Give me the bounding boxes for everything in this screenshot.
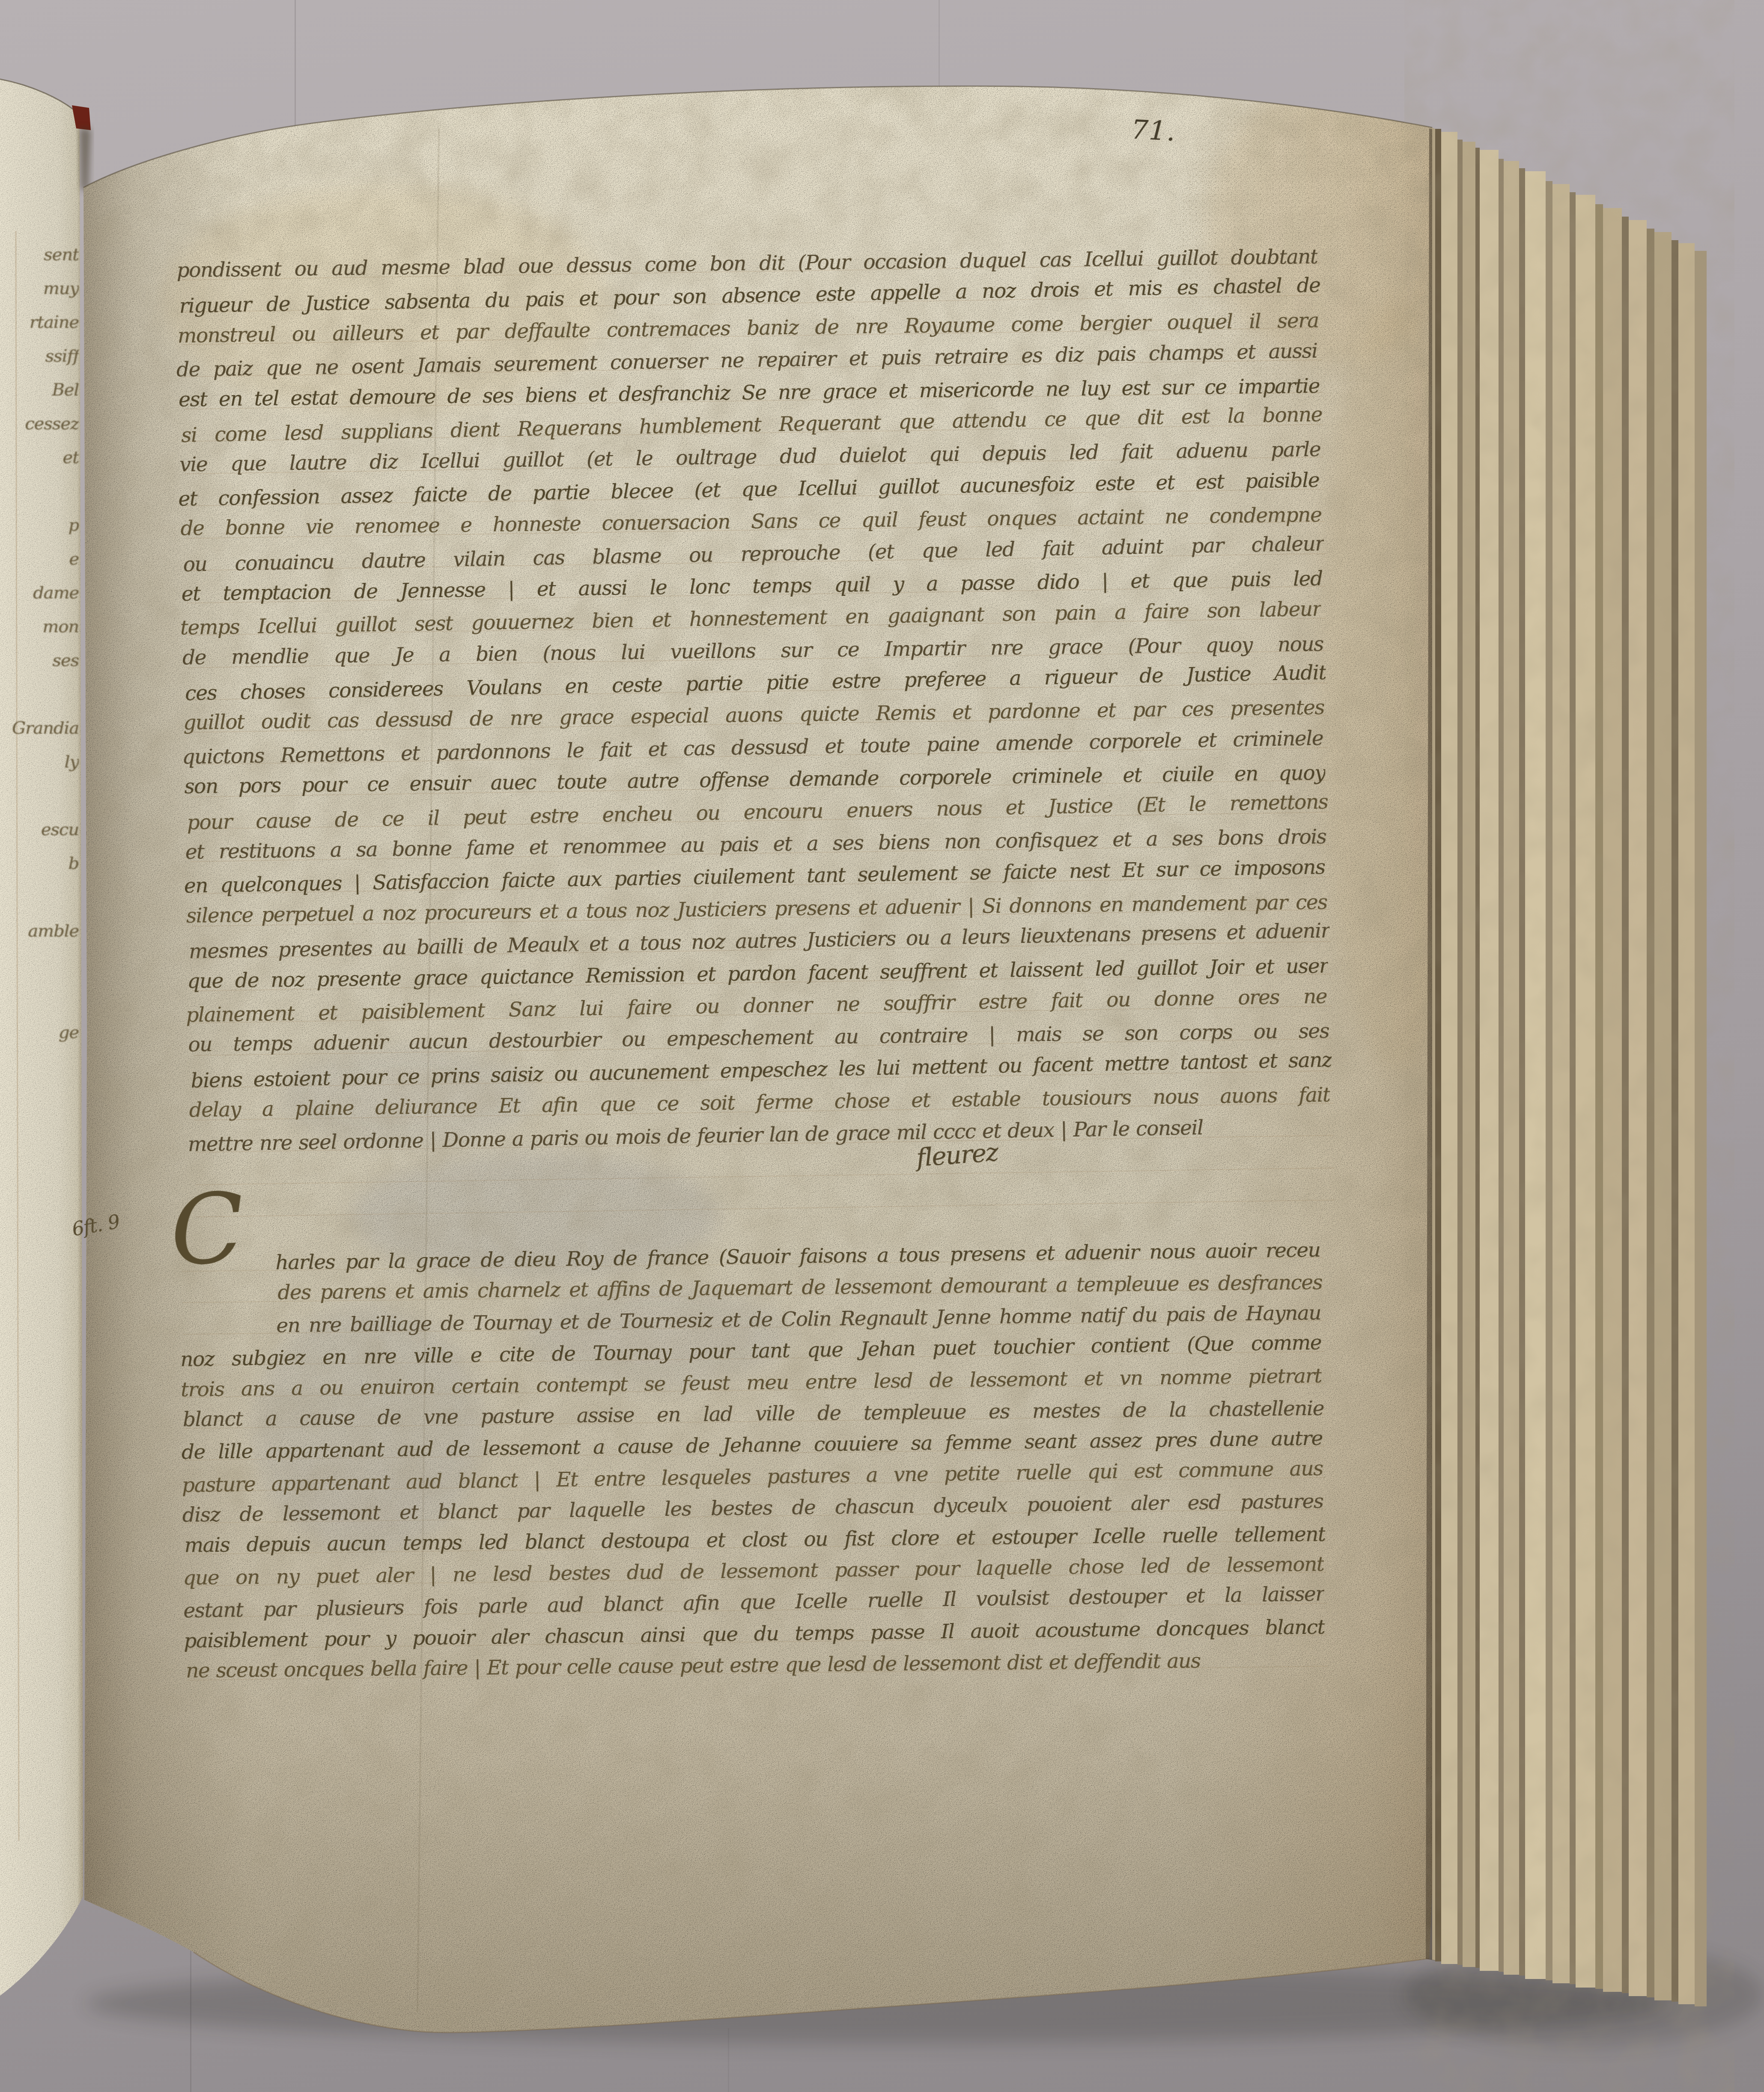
facing-page-fragment: muy (0, 272, 79, 306)
fore-edge-stack (1432, 128, 1707, 2007)
photo-of-manuscript: { "page": { "folio_number": "71.", "marg… (0, 0, 1764, 2092)
facing-page-fragment: ssiff (0, 339, 79, 373)
paragraph-2: harles par la grace de dieu Roy de franc… (179, 1234, 1325, 1688)
facing-page-fragment (0, 1083, 79, 1117)
facing-page-fragment (0, 779, 79, 813)
facing-page-fragment: amble (0, 914, 79, 948)
facing-page-fragment (0, 881, 79, 914)
facing-page-fragment: Bel (0, 373, 79, 407)
facing-page-fragment (0, 982, 79, 1016)
facing-page-fragment: sent (0, 238, 79, 272)
facing-page-fragment (0, 475, 79, 509)
initial-spacer (179, 1247, 276, 1312)
gutter-crease (80, 128, 91, 191)
facing-page-fragment: escu (0, 813, 79, 847)
folio-number: 71. (1130, 113, 1177, 147)
facing-page-fragment: mon (0, 610, 79, 644)
facing-page-fragment (0, 678, 79, 711)
facing-page-fragment: p (0, 509, 79, 542)
facing-page-fragment: dame (0, 576, 79, 610)
facing-page-fragment: rtaine (0, 306, 79, 339)
facing-page-fragment: ly (0, 745, 79, 779)
facing-page-fragment (0, 948, 79, 982)
facing-page-text: sent muy rtaine ssiff Bel cessez et p e … (0, 238, 79, 1117)
facing-page-fragment: b (0, 847, 79, 881)
paragraph-1: pondissent ou aud mesme blad oue dessus … (176, 239, 1331, 1159)
facing-page-fragment: Grandia (0, 711, 79, 745)
facing-page-fragment: e (0, 542, 79, 576)
facing-page-fragment (0, 1050, 79, 1083)
facing-page-fragment: ge (0, 1016, 79, 1050)
facing-page-fragment: cessez (0, 407, 79, 441)
clerk-signature: fleurez (915, 1137, 999, 1172)
facing-page-fragment: et (0, 441, 79, 475)
facing-page-fragment: ses (0, 644, 79, 678)
